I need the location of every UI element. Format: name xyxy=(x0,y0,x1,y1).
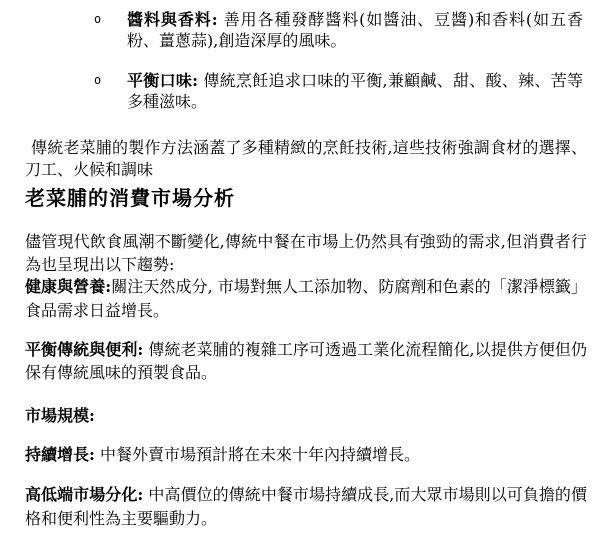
document-page: o醬料與香料: 善用各種發酵醬料(如醬油、豆醬)和香料(如五香粉、薑蔥蒜),創造… xyxy=(0,0,606,540)
trend-label: 健康與營養: xyxy=(25,277,111,296)
trend-label: 平衡傳統與便利: xyxy=(25,340,143,359)
paragraph-intro: 儘管現代飲食風潮不斷變化,傳統中餐在市場上仍然具有強勁的需求,但消費者行為也呈現… xyxy=(25,230,587,276)
paragraph-trend-health: 健康與營養:關注天然成分, 市場對無人工添加物、防腐劑和色素的「潔淨標籤」食品需… xyxy=(25,275,587,323)
circle-bullet-icon: o xyxy=(94,13,101,25)
trend-label: 市場規模: xyxy=(25,406,95,425)
bullet-item-balanced-flavor: o平衡口味: 傳統烹飪追求口味的平衡,兼顧鹹、甜、酸、辣、苦等多種滋味。 xyxy=(127,71,583,112)
paragraph-trend-convenience: 平衡傳統與便利: 傳統老菜脯的複雜工序可透過工業化流程簡化,以提供方便但仍保有傳… xyxy=(25,338,587,384)
circle-bullet-icon: o xyxy=(94,74,101,86)
bullet-label: 平衡口味: xyxy=(127,71,198,90)
paragraph-production-summary: 傳統老菜脯的製作方法涵蓋了多種精緻的烹飪技術,這些技術強調食材的選擇、刀工、火候… xyxy=(25,137,587,181)
trend-label: 高低端市場分化: xyxy=(25,485,143,504)
paragraph-market-size: 市場規模: xyxy=(25,404,587,427)
bullet-item-sauces: o醬料與香料: 善用各種發酵醬料(如醬油、豆醬)和香料(如五香粉、薑蔥蒜),創造… xyxy=(127,10,583,51)
trend-text: 中餐外賣市場預計將在未來十年內持續增長。 xyxy=(95,445,420,464)
paragraph-continued-growth: 持續增長: 中餐外賣市場預計將在未來十年內持續增長。 xyxy=(25,443,587,466)
paragraph-market-split: 高低端市場分化: 中高價位的傳統中餐市場持續成長,而大眾市場則以可負擔的價格和便… xyxy=(25,483,587,531)
section-heading: 老菜脯的消費市場分析 xyxy=(25,186,235,210)
bullet-label: 醬料與香料: xyxy=(127,10,218,29)
trend-label: 持續增長: xyxy=(25,445,95,464)
